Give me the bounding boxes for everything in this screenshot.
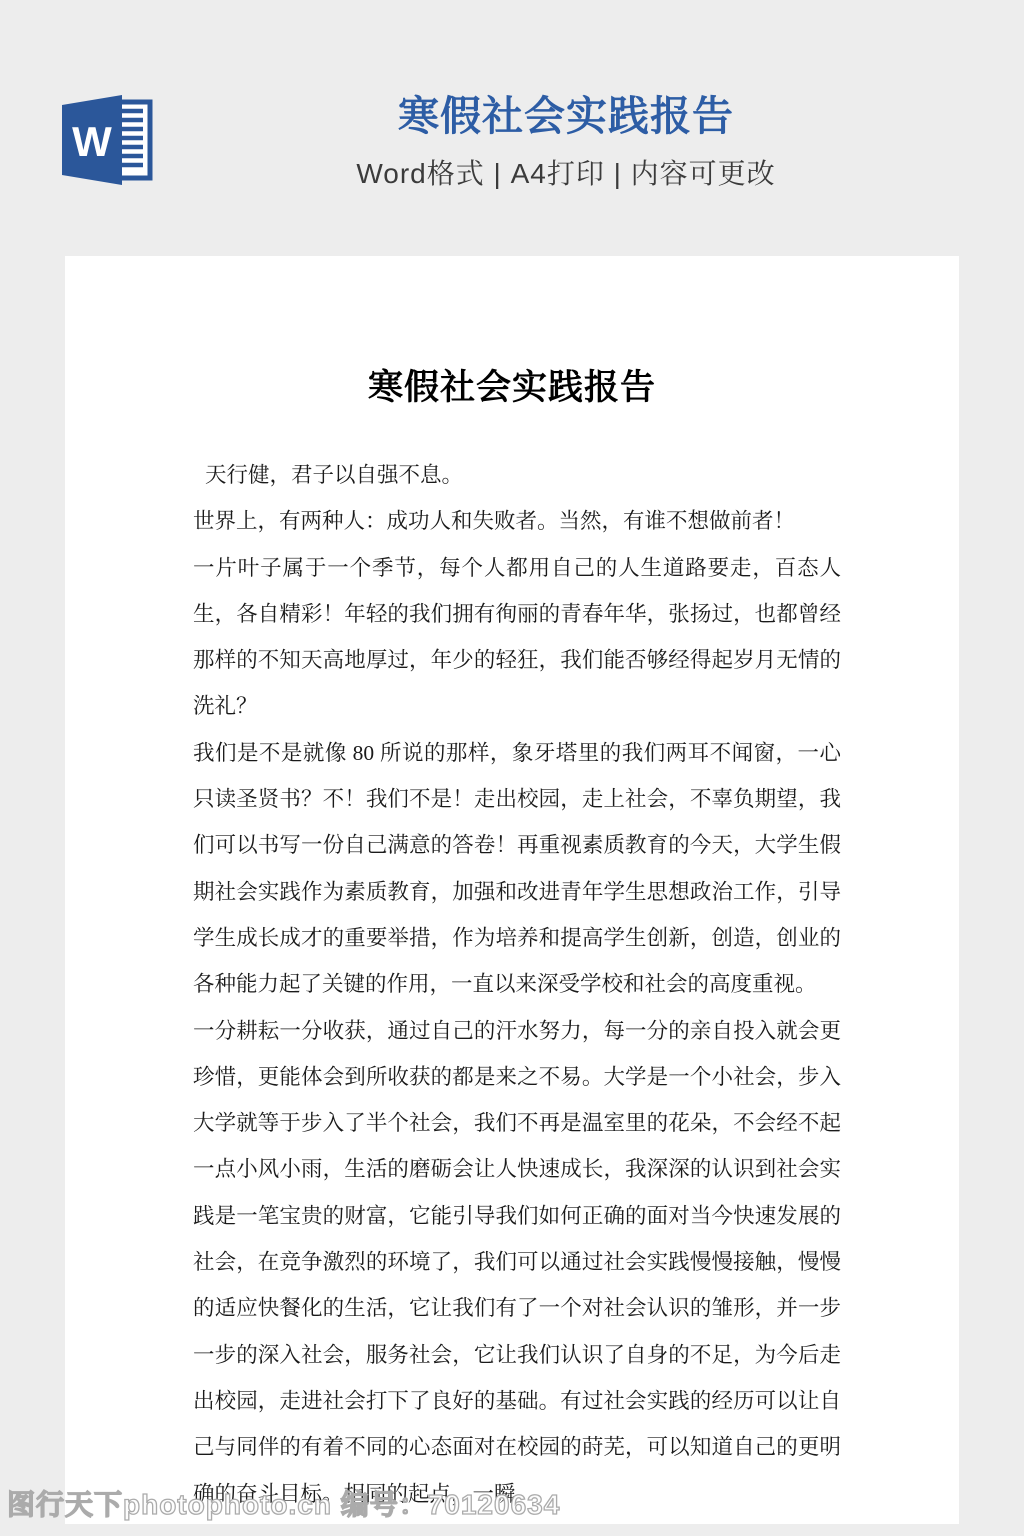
header-titles: 寒假社会实践报告 Word格式 | A4打印 | 内容可更改	[356, 94, 775, 192]
document-paragraph: 我们是不是就像 80 所说的那样，象牙塔里的我们两耳不闻窗，一心只读圣贤书？不！…	[193, 730, 841, 1008]
word-icon: W	[62, 94, 154, 186]
document-paragraph: 世界上，有两种人：成功人和失败者。当然，有谁不想做前者！	[193, 498, 841, 544]
document-body: 天行健，君子以自强不息。世界上，有两种人：成功人和失败者。当然，有谁不想做前者！…	[193, 452, 841, 1517]
preview-canvas: W 寒假社会实践报告 Word格式 | A4打印 | 内容可更改 寒假社会实践报…	[0, 0, 1024, 1536]
template-title: 寒假社会实践报告	[356, 94, 775, 139]
document-title: 寒假社会实践报告	[65, 256, 959, 410]
word-icon-letter: W	[72, 118, 112, 165]
document-page: 寒假社会实践报告 天行健，君子以自强不息。世界上，有两种人：成功人和失败者。当然…	[65, 256, 959, 1524]
header: W 寒假社会实践报告 Word格式 | A4打印 | 内容可更改	[0, 0, 1024, 256]
template-subtitle: Word格式 | A4打印 | 内容可更改	[356, 152, 775, 192]
footer-strip	[0, 1524, 1024, 1536]
document-paragraph: 一片叶子属于一个季节，每个人都用自己的人生道路要走，百态人生，各自精彩！年轻的我…	[193, 545, 841, 730]
document-paragraph: 天行健，君子以自强不息。	[193, 452, 841, 498]
watermark-text: 图行天下photophoto.cn 编号：70120634	[7, 1483, 560, 1523]
document-paragraph: 一分耕耘一分收获，通过自己的汗水努力，每一分的亲自投入就会更珍惜，更能体会到所收…	[193, 1008, 841, 1517]
word-logo-graphic: W	[62, 94, 154, 186]
